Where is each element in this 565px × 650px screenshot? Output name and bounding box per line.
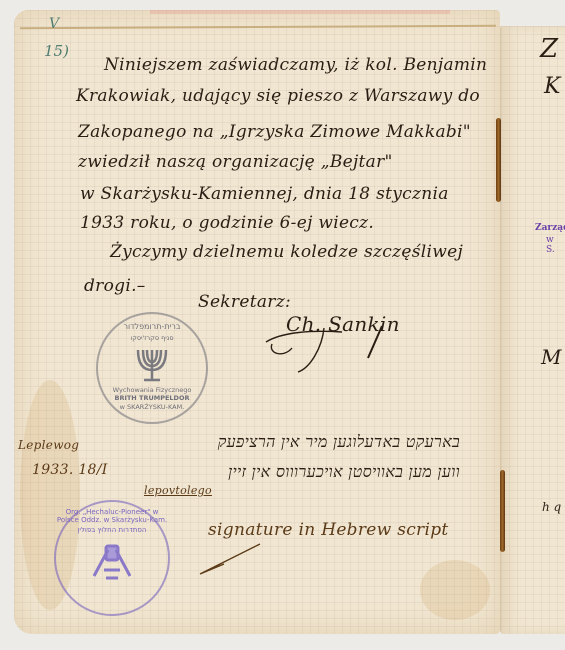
stamp-outer-text: ברית-תרומפלדור [98, 322, 206, 331]
menorah-icon [132, 344, 172, 384]
stamp-lower-text-1: Wychowania Fizycznego [98, 386, 206, 394]
water-stain [420, 560, 490, 620]
signature-label: Sekretarz: [198, 292, 291, 312]
right-page-letter-k: K [544, 74, 560, 99]
pencil-check-mark: V [49, 16, 59, 32]
body-line-3: Zakopanego na „Igrzyska Zimowe Makkabi" [78, 122, 471, 142]
right-page [500, 26, 565, 634]
staple-bottom [500, 470, 505, 552]
body-line-4: zwiedził naszą organizację „Bejtar" [78, 152, 393, 172]
signature-flourish [262, 318, 402, 378]
right-page-fragment-hq: h q [542, 500, 561, 514]
body-line-7: Życzymy dzielnemu koledze szczęśliwej [110, 242, 463, 262]
stamp-lower-text-2: BRITH TRUMPELDOR [98, 394, 206, 402]
right-page-letter-z: Z [540, 34, 558, 64]
body-line-5: w Skarżysku-Kamiennej, dnia 18 stycznia [80, 184, 449, 204]
body-line-6: 1933 roku, o godzinie 6-ej wiecz. [80, 213, 374, 233]
yiddish-signature: signature in Hebrew script [208, 520, 449, 540]
yiddish-line-2: ווען מען באוויסטן אויכערוווס אין זיין [120, 462, 460, 482]
body-line-1: Niniejszem zaświadczamy, iż kol. Benjami… [104, 55, 487, 75]
staple-top [496, 118, 501, 202]
yiddish-underlined-word: lepovtolego [144, 484, 212, 497]
pencil-page-number: 15) [44, 42, 69, 60]
body-line-8: drogi.– [84, 276, 146, 296]
yiddish-date: 1933. 18/I [32, 462, 108, 478]
stamp-lower-text-3: w SKARŻYSKU-KAM. [98, 403, 206, 411]
stamp-inner-text: הסתדרות החלוץ בפולין [56, 526, 168, 534]
stamp-outer-text: Org. „Hechaluc-Pioneer" w Polsce Oddz. w… [56, 508, 168, 524]
yiddish-marginal-left: Leplewog [18, 438, 79, 452]
page-top-stain [150, 10, 450, 14]
brith-trumpeldor-stamp: ברית-תרומפלדור סניף סקרז'יסקו Wychowania… [96, 312, 208, 424]
hechaluc-pioneer-stamp: Org. „Hechaluc-Pioneer" w Polsce Oddz. w… [54, 500, 170, 616]
right-stamp-line-2: w S. [546, 235, 565, 255]
yiddish-line-1: בארעקט באדעלוגען מיר אין הרציפעק [110, 432, 460, 452]
pioneer-emblem-icon [90, 540, 134, 584]
right-page-fragment-m: M [541, 345, 561, 369]
body-line-2: Krakowiak, udający się pieszo z Warszawy… [76, 86, 480, 106]
right-stamp-line-1: Zarząd [535, 223, 565, 233]
yiddish-signature-flourish [194, 540, 274, 580]
stamp-inner-text: סניף סקרז'יסקו [98, 334, 206, 342]
